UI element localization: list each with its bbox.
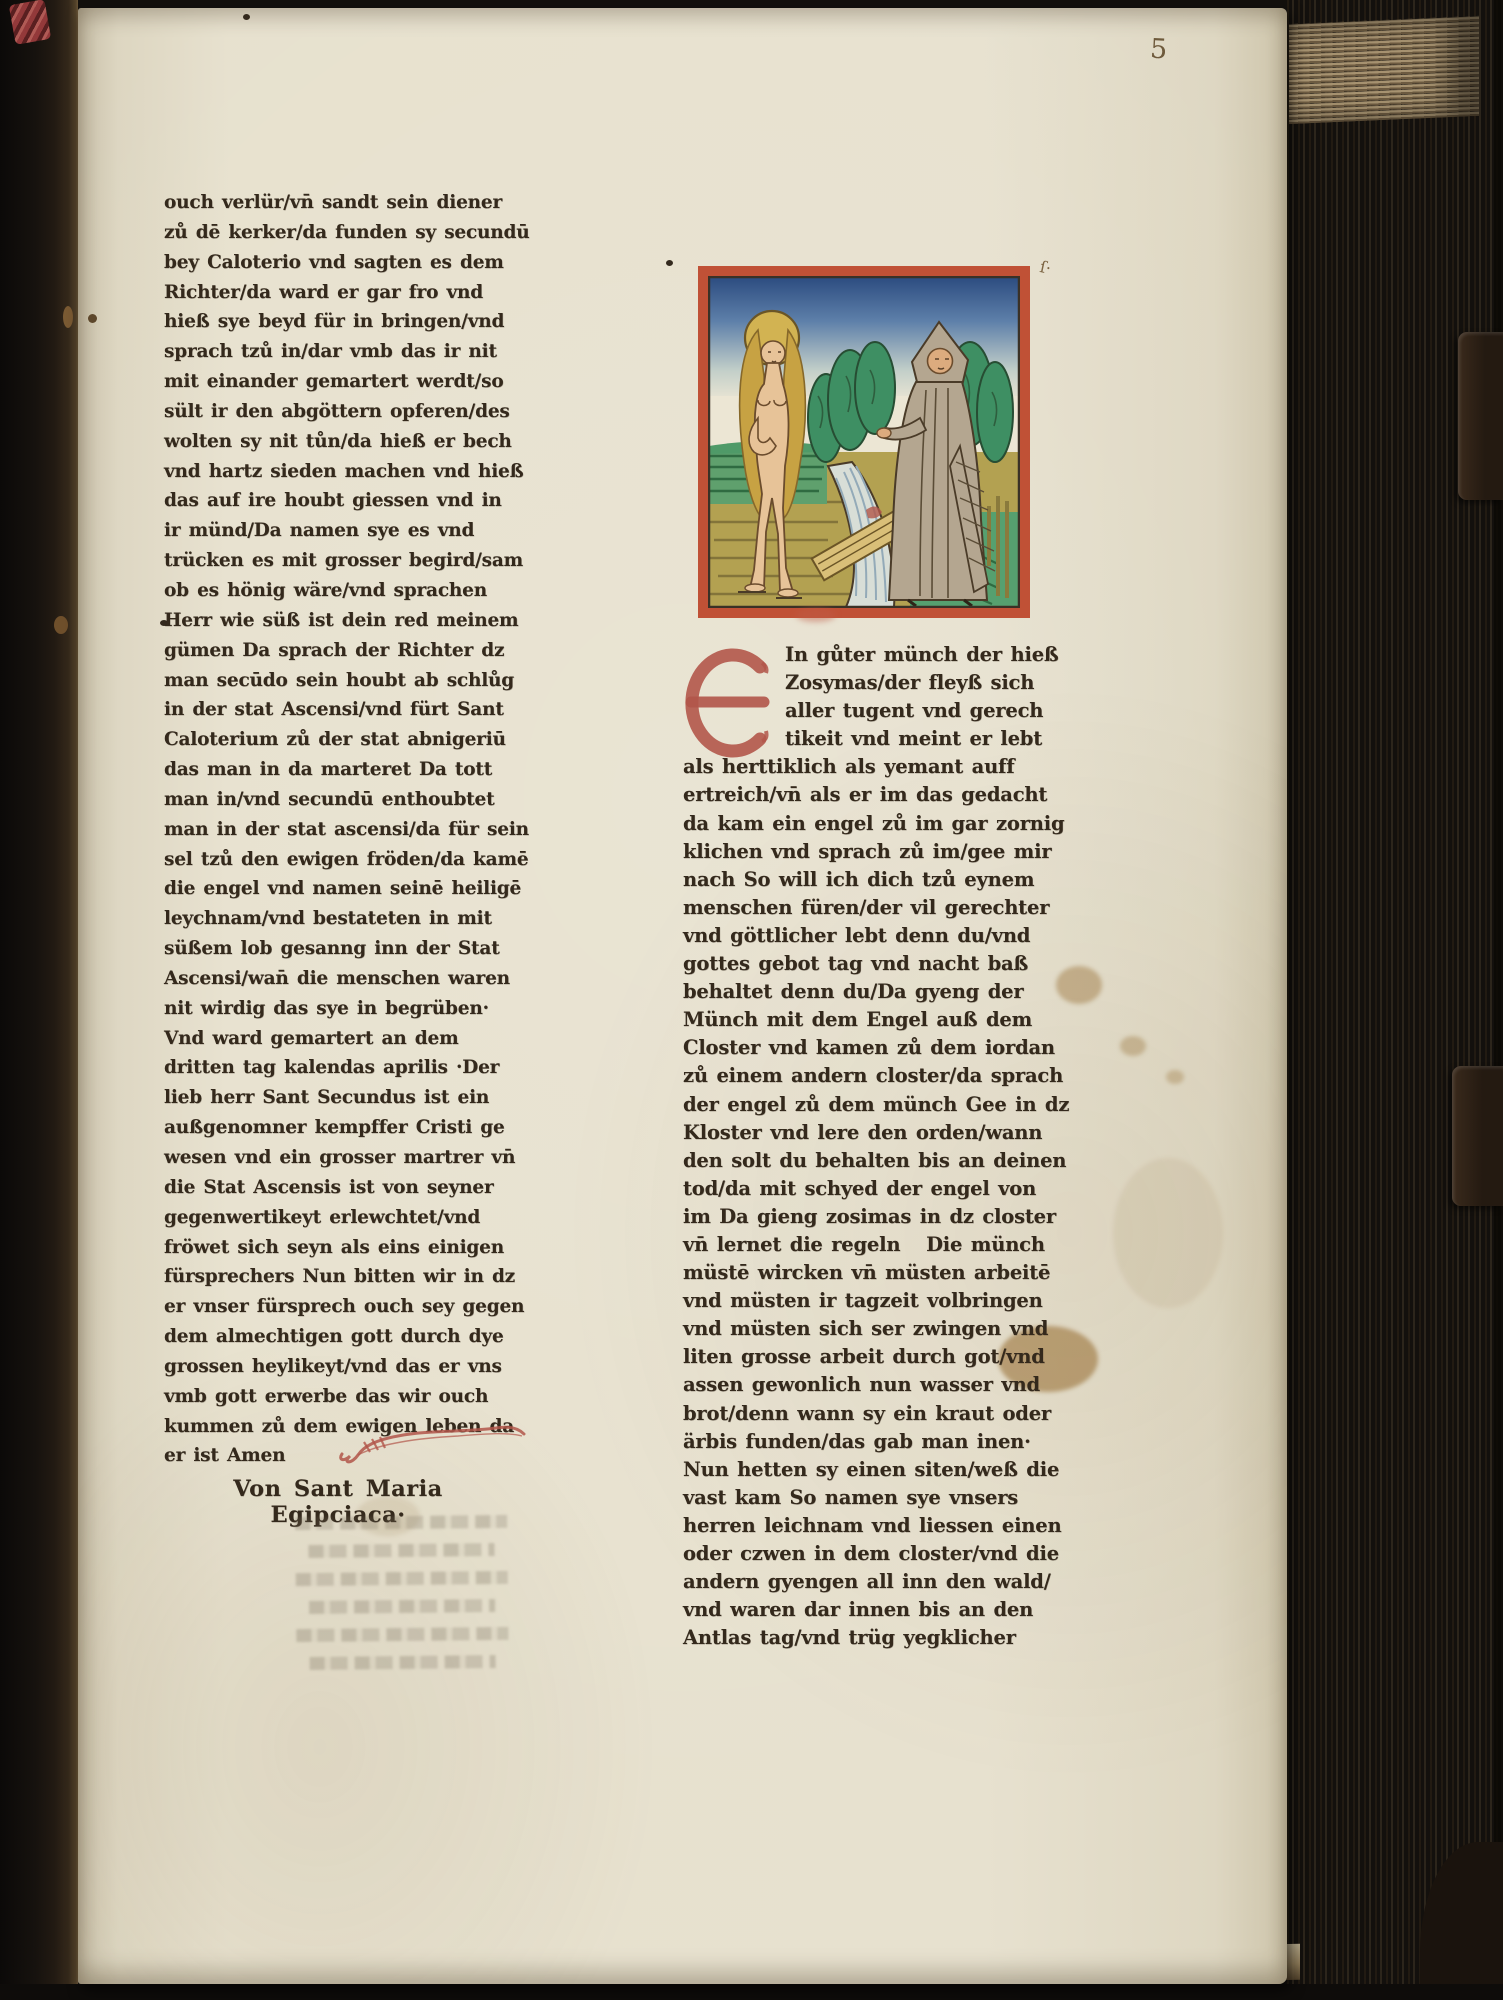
text-column-left: ouch verlür/vn̄ sandt sein dienerzů dē k…: [164, 188, 509, 1471]
text-line: die engel vnd namen seinē heiligē: [164, 874, 509, 904]
text-line: andern gyengen all inn den wald/: [683, 1568, 1103, 1596]
text-line: vnd göttlicher lebt denn du/vnd: [683, 922, 1103, 950]
text-line: die Stat Ascensis ist von seyner: [164, 1173, 509, 1203]
text-line: man in der stat ascensi/da für sein: [164, 815, 509, 845]
text-line: aller tugent vnd gerech: [683, 697, 1103, 725]
endband-threads: [9, 0, 51, 45]
text-line: sprach tzů in/dar vmb das ir nit: [164, 337, 509, 367]
text-line: Closter vnd kamen zů dem iordan: [683, 1034, 1103, 1062]
text-line: nit wirdig das sye in begrüben·: [164, 994, 509, 1024]
text-line: Herr wie süß ist dein red meinem: [164, 606, 509, 636]
text-line: den solt du behalten bis an deinen: [683, 1147, 1103, 1175]
text-line: vn̄ lernet die regeln Die münch: [683, 1231, 1103, 1259]
text-line: ouch verlür/vn̄ sandt sein diener: [164, 188, 509, 218]
text-line: trücken es mit grosser begird/sam: [164, 546, 509, 576]
text-line: gümen Da sprach der Richter dz: [164, 636, 509, 666]
text-line: das auf ire houbt giessen vnd in: [164, 486, 509, 516]
text-line: vnd waren dar innen bis an den: [683, 1596, 1103, 1624]
text-line: ertreich/vn̄ als er im das gedacht: [683, 781, 1103, 809]
text-line: Vnd ward gemartert an dem: [164, 1024, 509, 1054]
text-line: der engel zů dem münch Gee in dz: [683, 1091, 1103, 1119]
text-line: behaltet denn du/Da gyeng der: [683, 978, 1103, 1006]
text-line: oder czwen in dem closter/vnd die: [683, 1540, 1103, 1568]
book-scan: { "page": { "folio_number": "5", "margin…: [0, 0, 1503, 2000]
text-line: In gůter münch der hieß: [683, 641, 1103, 669]
text-line: vmb gott erwerbe das wir ouch: [164, 1382, 509, 1412]
text-line: Nun hetten sy einen siten/weß die: [683, 1456, 1103, 1484]
book-spine: [0, 0, 78, 2000]
text-line: Zosymas/der fleyß sich: [683, 669, 1103, 697]
spine-chip: [63, 306, 73, 328]
red-flourish: [328, 1420, 528, 1466]
text-line: assen gewonlich nun wasser vnd: [683, 1371, 1103, 1399]
text-line: liten grosse arbeit durch got/vnd: [683, 1343, 1103, 1371]
text-line: zů einem andern closter/da sprach: [683, 1062, 1103, 1090]
text-line: klichen vnd sprach zů im/gee mir: [683, 838, 1103, 866]
text-line: hieß sye beyd für in bringen/vnd: [164, 307, 509, 337]
show-through-text: [295, 1515, 509, 1685]
text-line: man in/vnd secundū enthoubtet: [164, 785, 509, 815]
face: [928, 349, 953, 374]
text-line: mit einander gemartert werdt/so: [164, 367, 509, 397]
text-line: herren leichnam vnd liessen einen: [683, 1512, 1103, 1540]
text-line: ob es hönig wäre/vnd sprachen: [164, 576, 509, 606]
text-line: vnd müsten ir tagzeit volbringen: [683, 1287, 1103, 1315]
ink-speck: [666, 260, 673, 266]
text-line: fürsprechers Nun bitten wir in dz: [164, 1262, 509, 1292]
text-line: vnd hartz sieden machen vnd hieß: [164, 457, 509, 487]
text-line: müstē wircken vn̄ müsten arbeitē: [683, 1259, 1103, 1287]
text-line: leychnam/vnd bestateten in mit: [164, 904, 509, 934]
text-line: Kloster vnd lere den orden/wann: [683, 1119, 1103, 1147]
text-line: menschen füren/der vil gerechter: [683, 894, 1103, 922]
red-paint-bleed: [796, 608, 836, 622]
text-line: grossen heylikeyt/vnd das er vns: [164, 1352, 509, 1382]
back-cover-edge: [1494, 0, 1503, 2000]
table-surface: [0, 1984, 1503, 2000]
text-line: er vnser fürsprech ouch sey gegen: [164, 1292, 509, 1322]
text-line: Ascensi/wan̄ die menschen waren: [164, 964, 509, 994]
text-line: Antlas tag/vnd trüg yegklicher: [683, 1624, 1103, 1652]
spine-chip: [54, 616, 68, 634]
text-line: brot/denn wann sy ein kraut oder: [683, 1400, 1103, 1428]
text-line: Richter/da ward er gar fro vnd: [164, 278, 509, 308]
head-edge-pages: [1289, 16, 1479, 124]
text-line: ir münd/Da namen sye es vnd: [164, 516, 509, 546]
text-line: Caloterium zů der stat abnigeriū: [164, 725, 509, 755]
text-line: außgenomner kempffer Cristi ge: [164, 1113, 509, 1143]
folio-number: 5: [1149, 34, 1168, 66]
text-line: wolten sy nit tůn/da hieß er bech: [164, 427, 509, 457]
text-column-right: In gůter münch der hießZosymas/der fleyß…: [683, 641, 1103, 1652]
text-line: ärbis funden/das gab man inen·: [683, 1428, 1103, 1456]
text-line: bey Caloterio vnd sagten es dem: [164, 248, 509, 278]
text-line: Münch mit dem Engel auß dem: [683, 1006, 1103, 1034]
text-line: das man in da marteret Da tott: [164, 755, 509, 785]
text-line: süßem lob gesanng inn der Stat: [164, 934, 509, 964]
ink-speck: [88, 314, 97, 323]
text-line: dritten tag kalendas aprilis ·Der: [164, 1053, 509, 1083]
text-line: wesen vnd ein grosser martrer vn̄: [164, 1143, 509, 1173]
text-line: sült ir den abgöttern opferen/des: [164, 397, 509, 427]
text-line: sel tzů den ewigen fröden/da kamē: [164, 845, 509, 875]
hand: [877, 428, 891, 438]
stain: [1120, 1036, 1146, 1056]
text-line: man secūdo sein houbt ab schlůg: [164, 666, 509, 696]
text-line: als herttiklich als yemant auff: [683, 753, 1103, 781]
text-line: tikeit vnd meint er lebt: [683, 725, 1103, 753]
bookmark-tab[interactable]: [1458, 332, 1503, 500]
woodcut-mary-of-egypt-and-zosimas: [698, 266, 1030, 618]
text-line: nach So will ich dich tzů eynem: [683, 866, 1103, 894]
page-edge-streaks: [1287, 0, 1503, 2000]
text-line: fröwet sich seyn als eins einigen: [164, 1233, 509, 1263]
ink-speck: [243, 14, 250, 20]
text-line: vast kam So namen sye vnsers: [683, 1484, 1103, 1512]
text-line: lieb herr Sant Secundus ist ein: [164, 1083, 509, 1113]
text-line: dem almechtigen gott durch dye: [164, 1322, 509, 1352]
text-line: vnd müsten sich ser zwingen vnd: [683, 1315, 1103, 1343]
text-line: gegenwertikeyt erlewchtet/vnd: [164, 1203, 509, 1233]
bookmark-tab[interactable]: [1452, 1066, 1503, 1206]
text-line: gottes gebot tag vnd nacht baß: [683, 950, 1103, 978]
text-line: da kam ein engel zů im gar zornig: [683, 810, 1103, 838]
text-line: im Da gieng zosimas in dz closter: [683, 1203, 1103, 1231]
text-line: in der stat Ascensi/vnd fürt Sant: [164, 695, 509, 725]
text-line: zů dē kerker/da funden sy secundū: [164, 218, 509, 248]
text-line: tod/da mit schyed der engel von: [683, 1175, 1103, 1203]
stain: [1166, 1070, 1184, 1084]
fore-edge: [1287, 0, 1503, 2000]
stain: [1113, 1158, 1223, 1308]
